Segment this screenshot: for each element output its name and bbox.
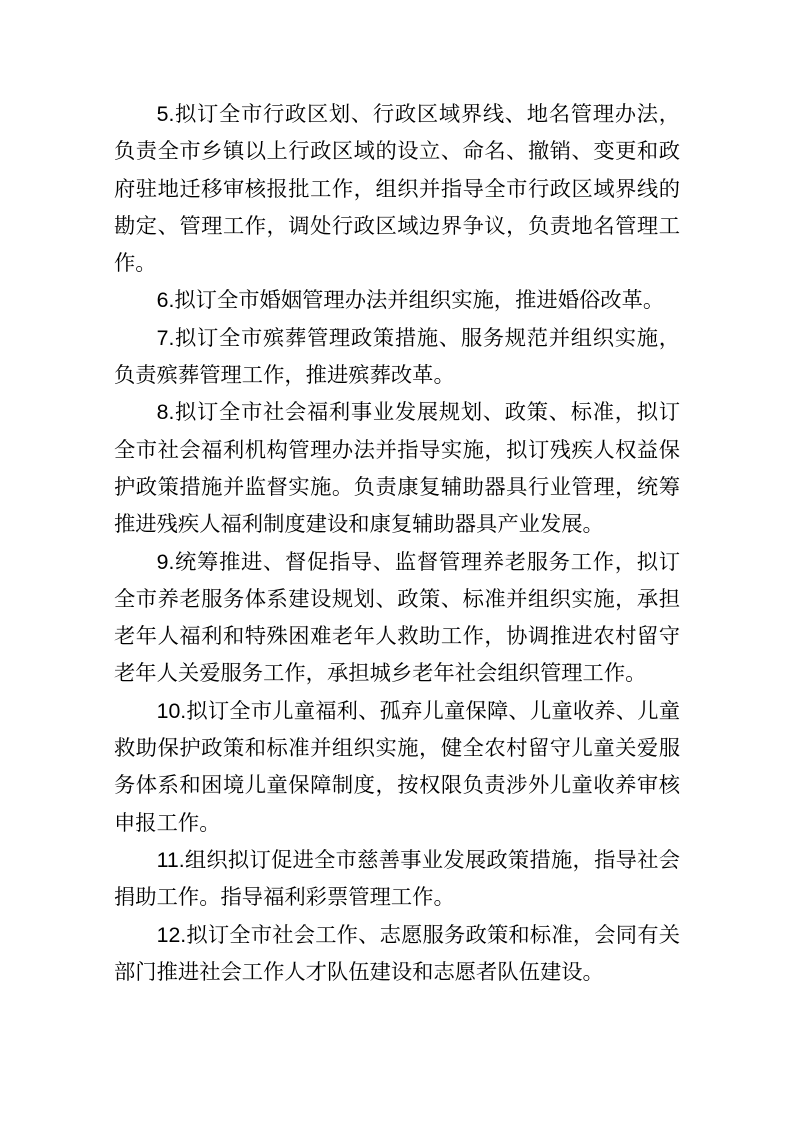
- paragraph-item-9: 9.统筹推进、督促指导、监督管理养老服务工作，拟订全市养老服务体系建设规划、政策…: [114, 544, 680, 693]
- paragraph-item-5: 5.拟订全市行政区划、行政区域界线、地名管理办法，负责全市乡镇以上行政区域的设立…: [114, 96, 680, 282]
- paragraph-item-10: 10.拟订全市儿童福利、孤弃儿童保障、儿童收养、儿童救助保护政策和标准并组织实施…: [114, 693, 680, 842]
- paragraph-item-11: 11.组织拟订促进全市慈善事业发展政策措施，指导社会捐助工作。指导福利彩票管理工…: [114, 842, 680, 917]
- document-page: 5.拟订全市行政区划、行政区域界线、地名管理办法，负责全市乡镇以上行政区域的设立…: [0, 0, 794, 1122]
- paragraph-item-6: 6.拟订全市婚姻管理办法并组织实施，推进婚俗改革。: [114, 282, 680, 319]
- paragraph-item-12: 12.拟订全市社会工作、志愿服务政策和标准，会同有关部门推进社会工作人才队伍建设…: [114, 917, 680, 992]
- document-text-block: 5.拟订全市行政区划、行政区域界线、地名管理办法，负责全市乡镇以上行政区域的设立…: [114, 96, 680, 991]
- paragraph-item-8: 8.拟订全市社会福利事业发展规划、政策、标准，拟订全市社会福利机构管理办法并指导…: [114, 394, 680, 543]
- paragraph-item-7: 7.拟订全市殡葬管理政策措施、服务规范并组织实施，负责殡葬管理工作，推进殡葬改革…: [114, 320, 680, 395]
